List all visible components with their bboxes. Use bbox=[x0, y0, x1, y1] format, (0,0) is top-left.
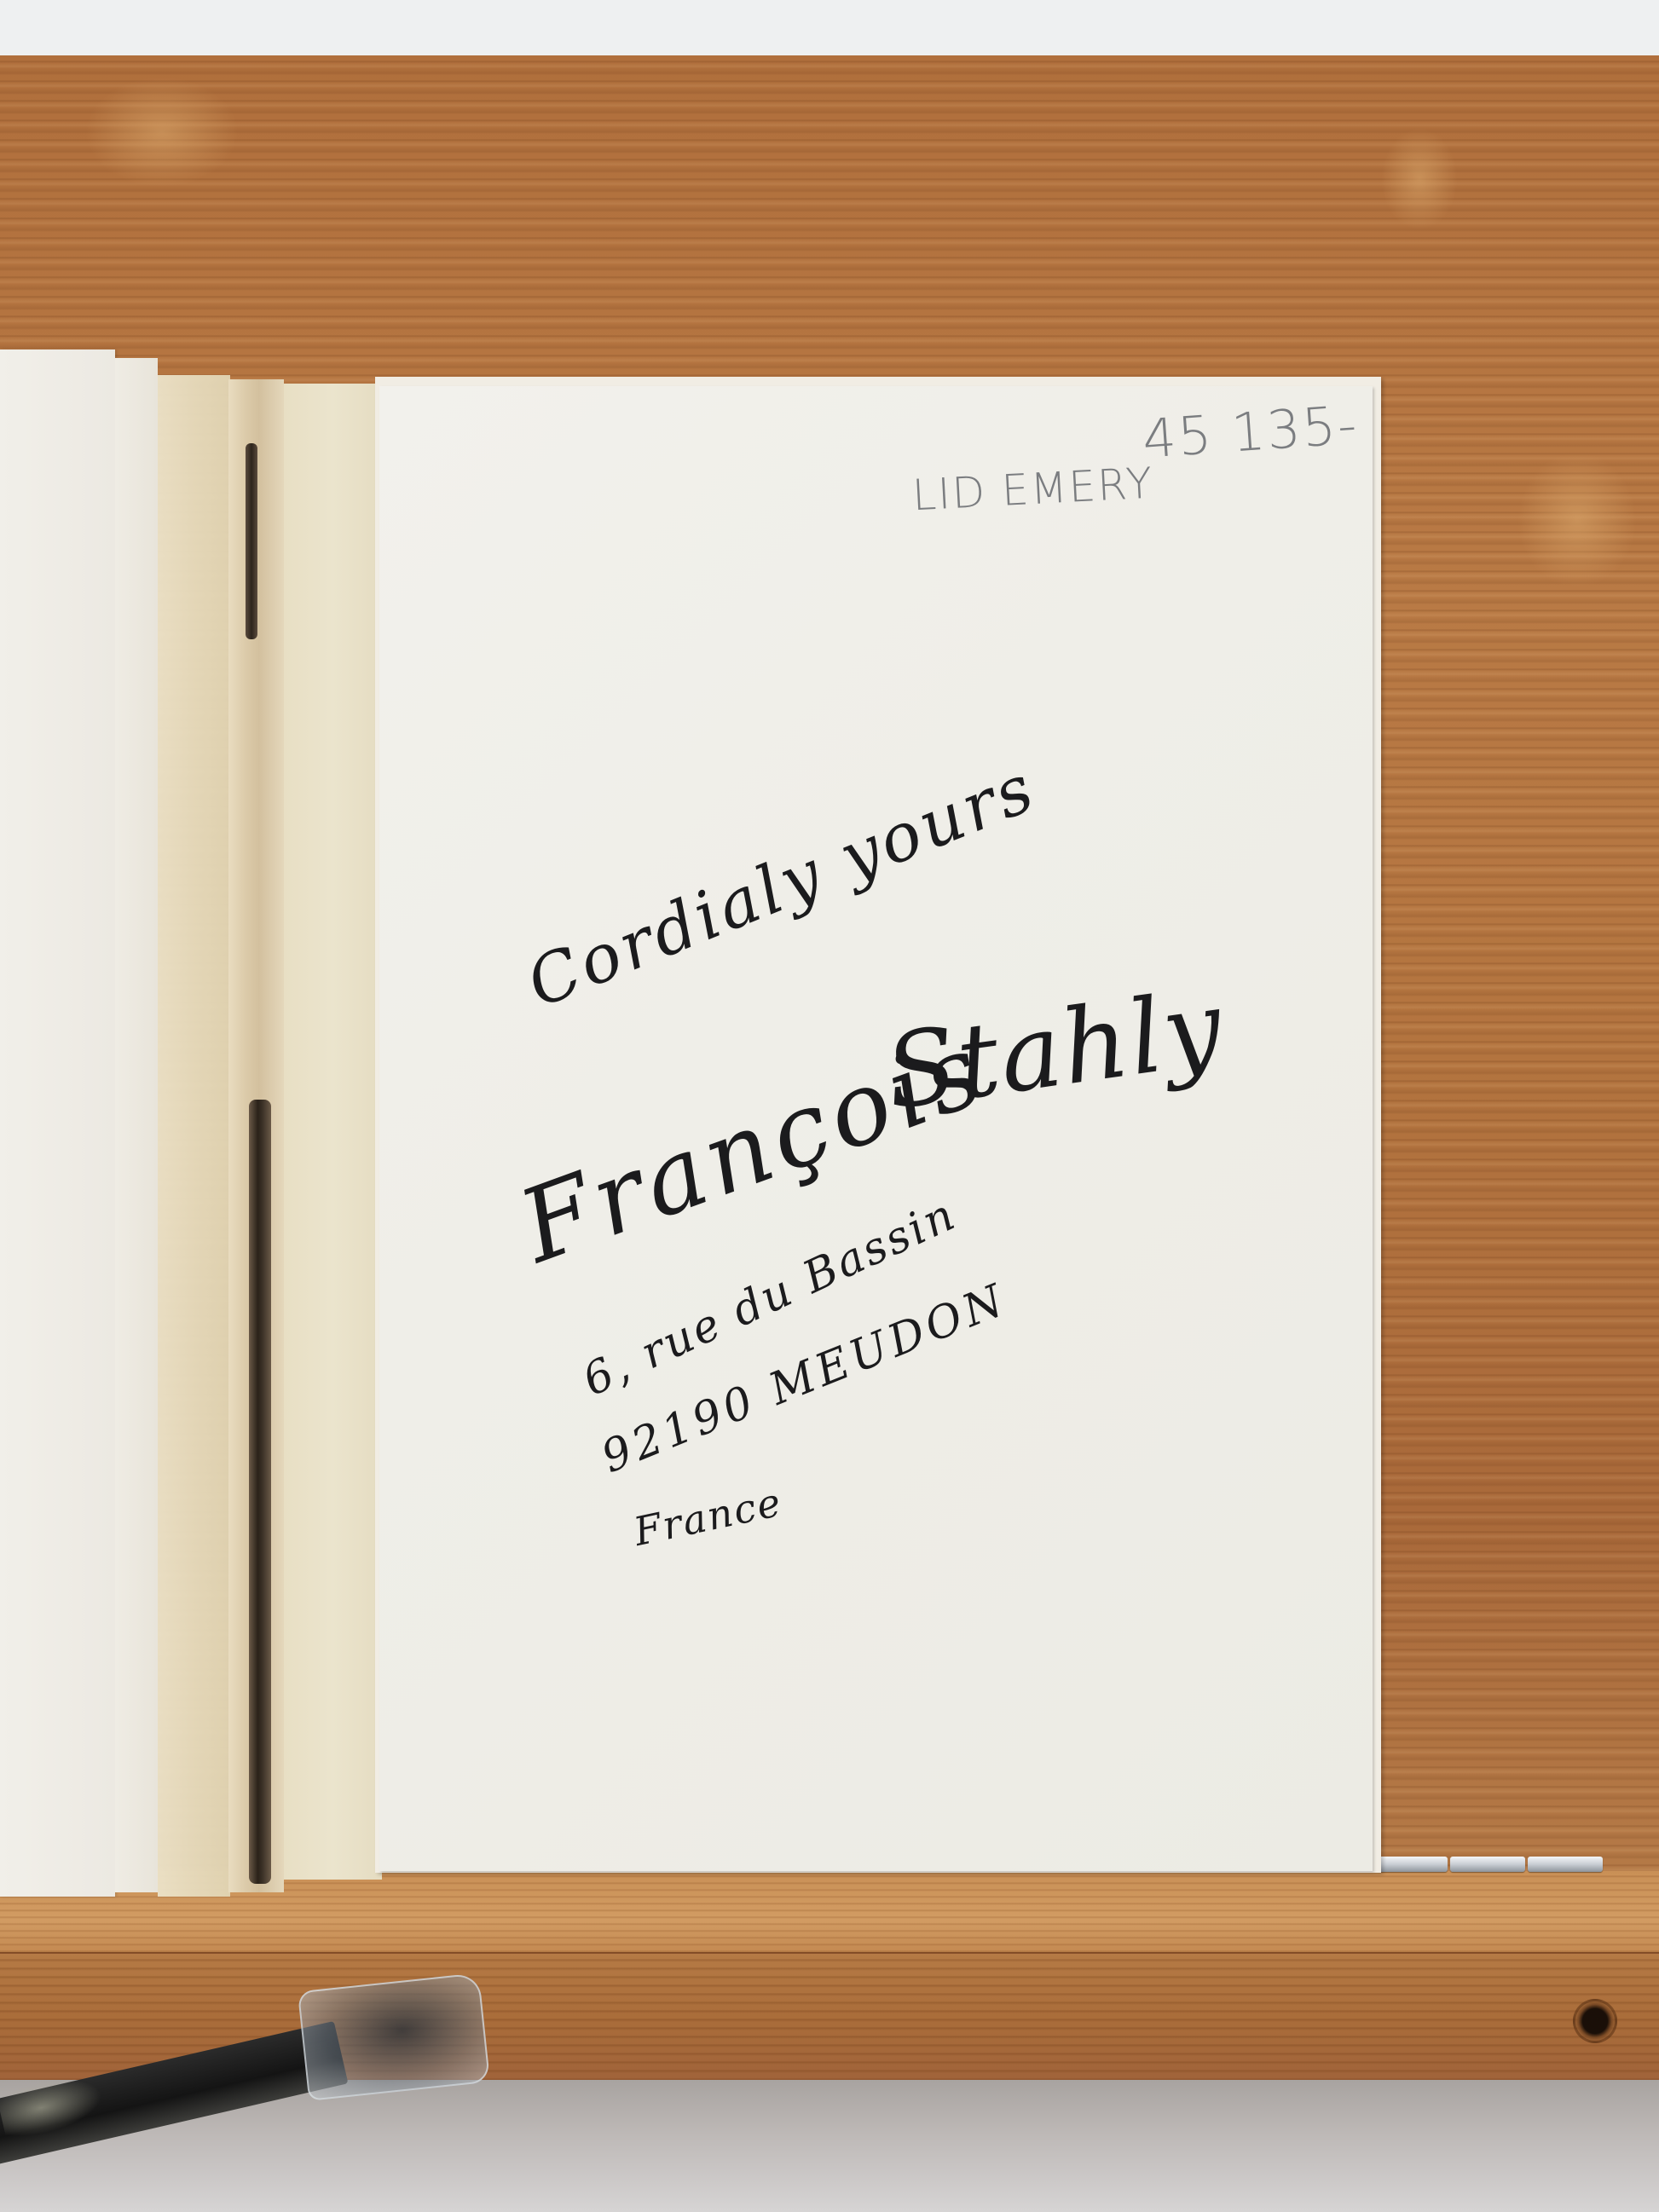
spine-crack bbox=[249, 1100, 271, 1884]
spine-crack bbox=[246, 443, 257, 639]
hinge-knuckle bbox=[1373, 1857, 1448, 1872]
left-page-edge bbox=[115, 358, 158, 1892]
left-page bbox=[0, 349, 115, 1897]
screw-hole bbox=[1573, 1999, 1617, 2043]
wood-knot bbox=[1517, 452, 1637, 588]
left-tape-strip bbox=[158, 375, 230, 1897]
wood-knot bbox=[85, 77, 239, 188]
hinge-knuckle bbox=[1528, 1857, 1603, 1872]
wood-knot bbox=[1381, 128, 1458, 230]
right-tape-strip bbox=[284, 384, 382, 1880]
clip-rubber-tip bbox=[298, 1972, 490, 2101]
metal-hinge bbox=[1373, 1857, 1603, 1872]
hinge-knuckle bbox=[1450, 1857, 1525, 1872]
